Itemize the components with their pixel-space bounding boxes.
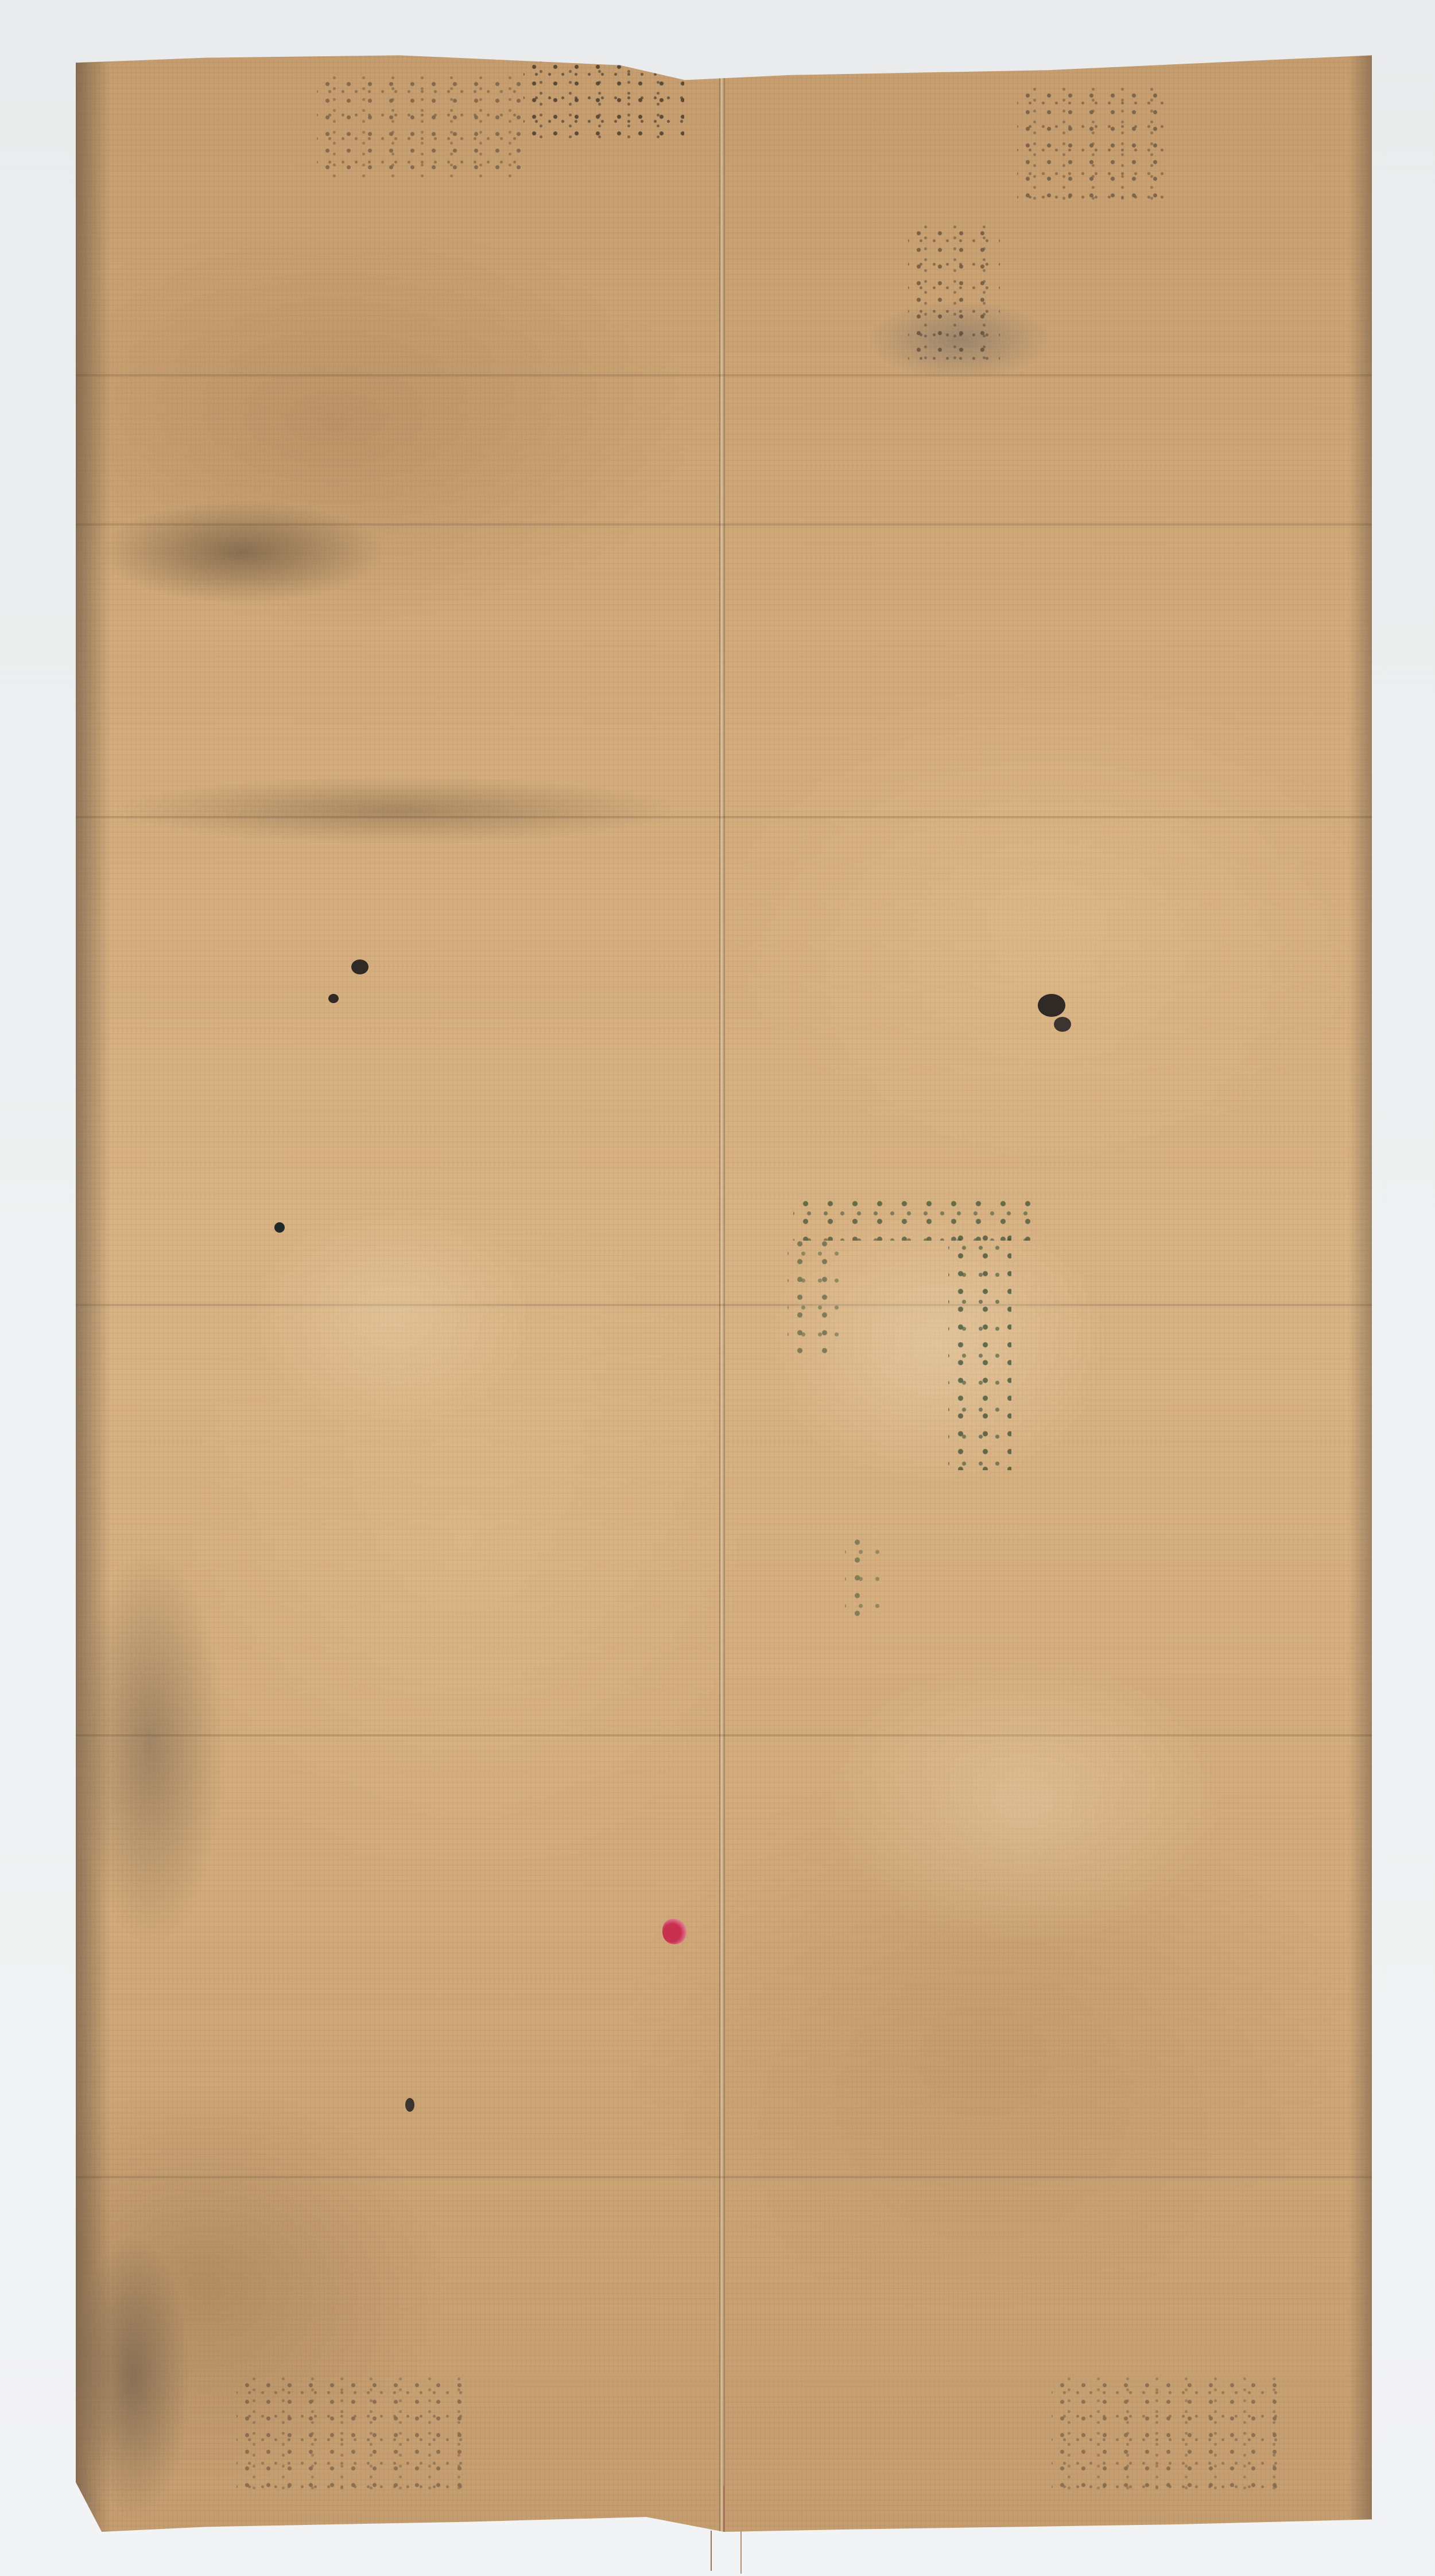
textile-left-edge-shadow — [76, 53, 110, 2532]
pale-water-mark — [822, 1660, 1224, 1946]
dark-smudge-left-band — [110, 776, 684, 845]
textile-right-edge-shadow — [1349, 53, 1372, 2532]
dark-speckle-cluster-top-right — [1017, 87, 1166, 202]
dark-speckle-cluster-bottom-right — [1052, 2377, 1281, 2492]
loose-thread — [711, 2531, 712, 2571]
dark-smudge-upper-left — [99, 500, 386, 604]
green-mold-spots-right-column — [948, 1229, 1011, 1470]
dark-speckle-cluster-top-left — [317, 76, 523, 179]
loose-thread — [723, 2486, 724, 2532]
dark-spot — [1038, 994, 1065, 1017]
loose-thread — [740, 2531, 742, 2574]
fold-band — [76, 374, 1372, 376]
dark-spot — [328, 994, 339, 1003]
dark-smudge-bottom-left — [76, 2233, 191, 2520]
dark-smudge-lower-left — [76, 1545, 225, 1946]
green-mold-spots-left — [788, 1235, 839, 1355]
dark-spot — [351, 959, 369, 974]
dark-spot — [1054, 1017, 1071, 1032]
aged-textile — [76, 53, 1372, 2532]
central-seam — [719, 53, 725, 2532]
dark-speckle-cluster-bottom-left — [236, 2377, 466, 2492]
green-mold-spots-lower — [845, 1533, 879, 1625]
dark-spot — [405, 2098, 414, 2112]
fold-band — [76, 2176, 1372, 2178]
dark-spot — [274, 1222, 285, 1233]
pale-water-mark — [248, 1200, 535, 1430]
pink-red-mark — [662, 1919, 687, 1944]
dark-speckle-cluster-upper-right — [908, 225, 1000, 363]
